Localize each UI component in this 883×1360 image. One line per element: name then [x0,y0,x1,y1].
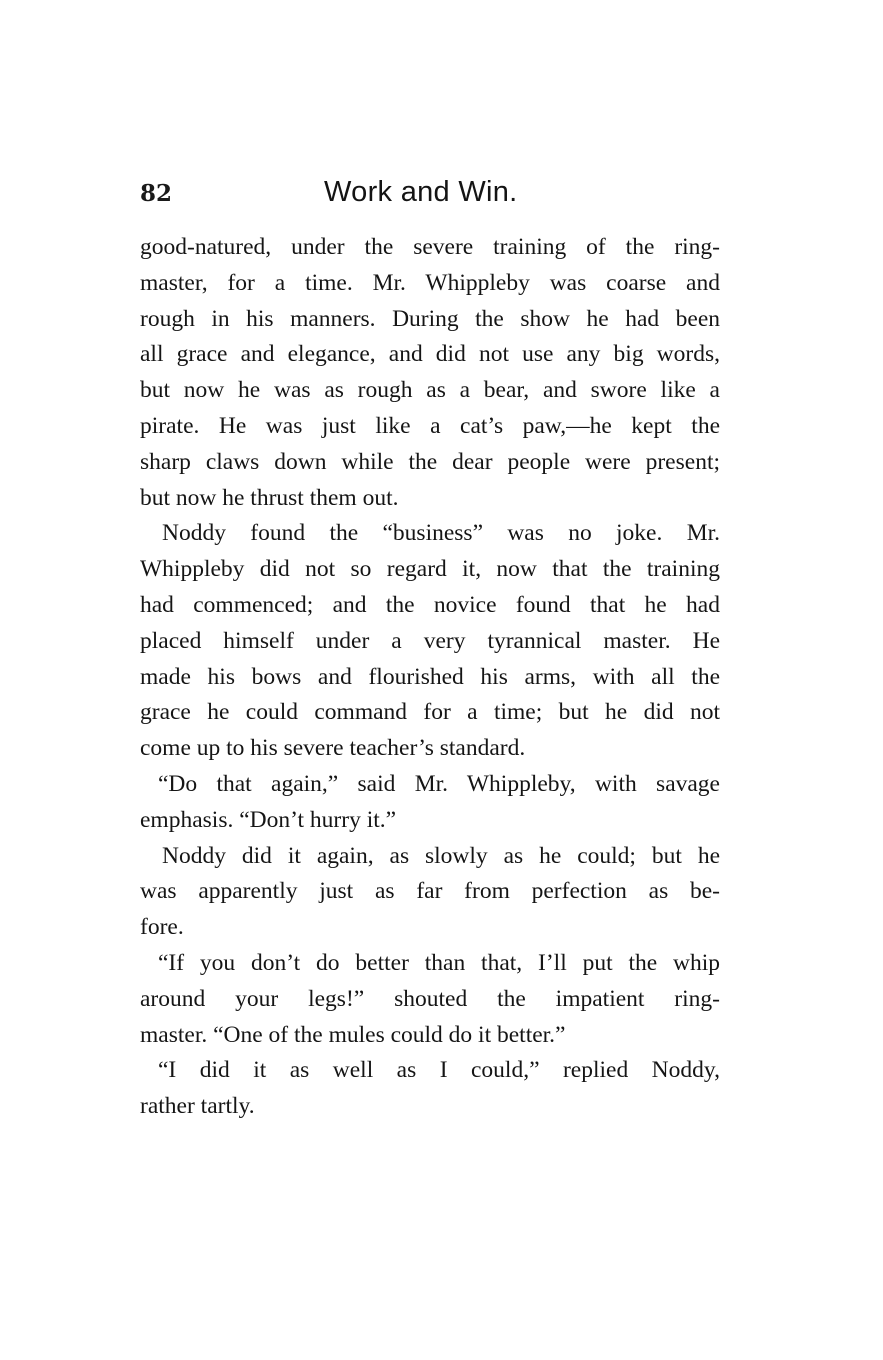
text-line: fore. [140,910,720,946]
paragraph-2: Noddy found the “business” was no joke. … [140,516,720,767]
text-line: pirate. He was just like a cat’s paw,—he… [140,409,720,445]
running-head: 82 Work and Win. [140,176,720,212]
page-number: 82 [140,180,172,207]
text-line: emphasis. “Don’t hurry it.” [140,803,720,839]
text-line: “If you don’t do better than that, I’ll … [140,946,720,982]
running-title: Work and Win. [324,176,518,209]
text-line: Noddy found the “business” was no joke. … [140,516,720,552]
text-line: but now he thrust them out. [140,481,720,517]
text-line: sharp claws down while the dear people w… [140,445,720,481]
text-line: master. “One of the mules could do it be… [140,1018,720,1054]
text-line: Whippleby did not so regard it, now that… [140,552,720,588]
paragraph-4: Noddy did it again, as slowly as he coul… [140,839,720,946]
text-line: Noddy did it again, as slowly as he coul… [140,839,720,875]
text-line: “Do that again,” said Mr. Whippleby, wit… [140,767,720,803]
text-line: but now he was as rough as a bear, and s… [140,373,720,409]
text-line: all grace and elegance, and did not use … [140,337,720,373]
text-line: was apparently just as far from perfecti… [140,874,720,910]
text-line: made his bows and flourished his arms, w… [140,660,720,696]
text-line: placed himself under a very tyrannical m… [140,624,720,660]
text-line: “I did it as well as I could,” replied N… [140,1053,720,1089]
paragraph-6: “I did it as well as I could,” replied N… [140,1053,720,1125]
text-line: master, for a time. Mr. Whippleby was co… [140,266,720,302]
text-line: around your legs!” shouted the impatient… [140,982,720,1018]
text-line: good-natured, under the severe training … [140,230,720,266]
text-line: rather tartly. [140,1089,720,1125]
book-page: 82 Work and Win. good-natured, under the… [0,0,883,1360]
paragraph-3: “Do that again,” said Mr. Whippleby, wit… [140,767,720,839]
text-line: rough in his manners. During the show he… [140,302,720,338]
body-text: good-natured, under the severe training … [140,230,720,1125]
paragraph-1: good-natured, under the severe training … [140,230,720,516]
text-line: grace he could command for a time; but h… [140,695,720,731]
paragraph-5: “If you don’t do better than that, I’ll … [140,946,720,1053]
text-line: come up to his severe teacher’s standard… [140,731,720,767]
text-line: had commenced; and the novice found that… [140,588,720,624]
